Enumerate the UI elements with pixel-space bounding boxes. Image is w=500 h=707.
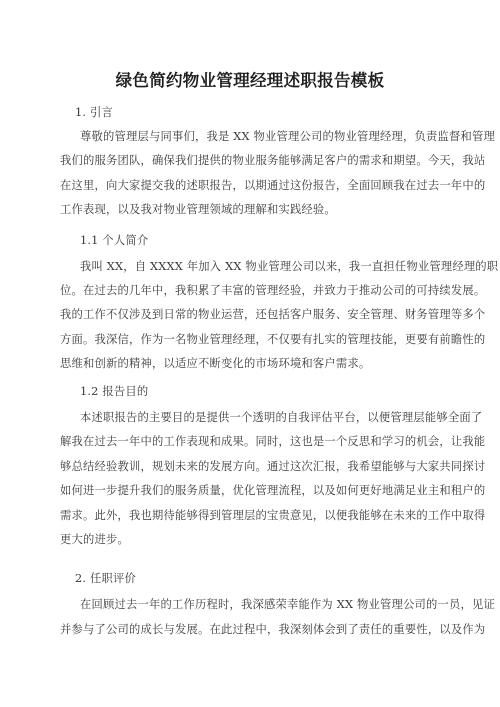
document-title: 绿色简约物业管理经理述职报告模板	[0, 70, 500, 92]
paragraph-line: 如何进一步提升我们的服务质量，优化管理流程，以及如何更好地满足业主和租户的	[60, 483, 440, 499]
paragraph-line: 我的工作不仅涉及到日常的物业运营，还包括客户服务、安全管理、财务管理等多个	[60, 307, 440, 323]
paragraph-line: 我叫 XX，自 XXXX 年加入 XX 物业管理公司以来，我一直担任物业管理经理…	[80, 259, 460, 275]
paragraph-line: 工作表现，以及我对物业管理领域的理解和实践经验。	[60, 202, 440, 218]
section-heading-job-evaluation: 2. 任职评价	[75, 571, 455, 587]
paragraph-line: 位。在过去的几年中，我积累了丰富的管理经验，并致力于推动公司的可持续发展。	[60, 283, 440, 299]
paragraph-line: 方面。我深信，作为一名物业管理经理，不仅要有扎实的管理技能，更要有前瞻性的	[60, 332, 440, 348]
paragraph-line: 解我在过去一年中的工作表现和成果。同时，这也是一个反思和学习的机会，让我能	[60, 434, 440, 450]
paragraph-line: 并参与了公司的成长与发展。在此过程中，我深刻体会到了责任的重要性，以及作为	[60, 622, 440, 638]
paragraph-line: 本述职报告的主要目的是提供一个透明的自我评估平台，以便管理层能够全面了	[80, 410, 460, 426]
paragraph-line: 思维和创新的精神，以适应不断变化的市场环境和客户需求。	[60, 356, 440, 372]
paragraph-line: 需求。此外，我也期待能够得到管理层的宝贵意见，以便我能够在未来的工作中取得	[60, 508, 440, 524]
paragraph-line: 我们的服务团队，确保我们提供的物业服务能够满足客户的需求和期望。今天，我站	[60, 153, 440, 169]
section-heading-introduction: 1. 引言	[75, 105, 455, 121]
section-heading-report-purpose: 1.2 报告目的	[80, 384, 460, 400]
paragraph-line: 在这里，向大家提交我的述职报告，以期通过这份报告，全面回顾我在过去一年中的	[60, 178, 440, 194]
paragraph-line: 尊敬的管理层与同事们，我是 XX 物业管理公司的物业管理经理，负责监督和管理	[80, 129, 437, 145]
paragraph-line: 够总结经验教训，规划未来的发展方向。通过这次汇报，我希望能够与大家共同探讨	[60, 459, 440, 475]
section-heading-personal-intro: 1.1 个人简介	[80, 233, 460, 249]
paragraph-line: 更大的进步。	[60, 532, 440, 548]
paragraph-line: 在回顾过去一年的工作历程时，我深感荣幸能作为 XX 物业管理公司的一员，见证	[80, 597, 460, 613]
